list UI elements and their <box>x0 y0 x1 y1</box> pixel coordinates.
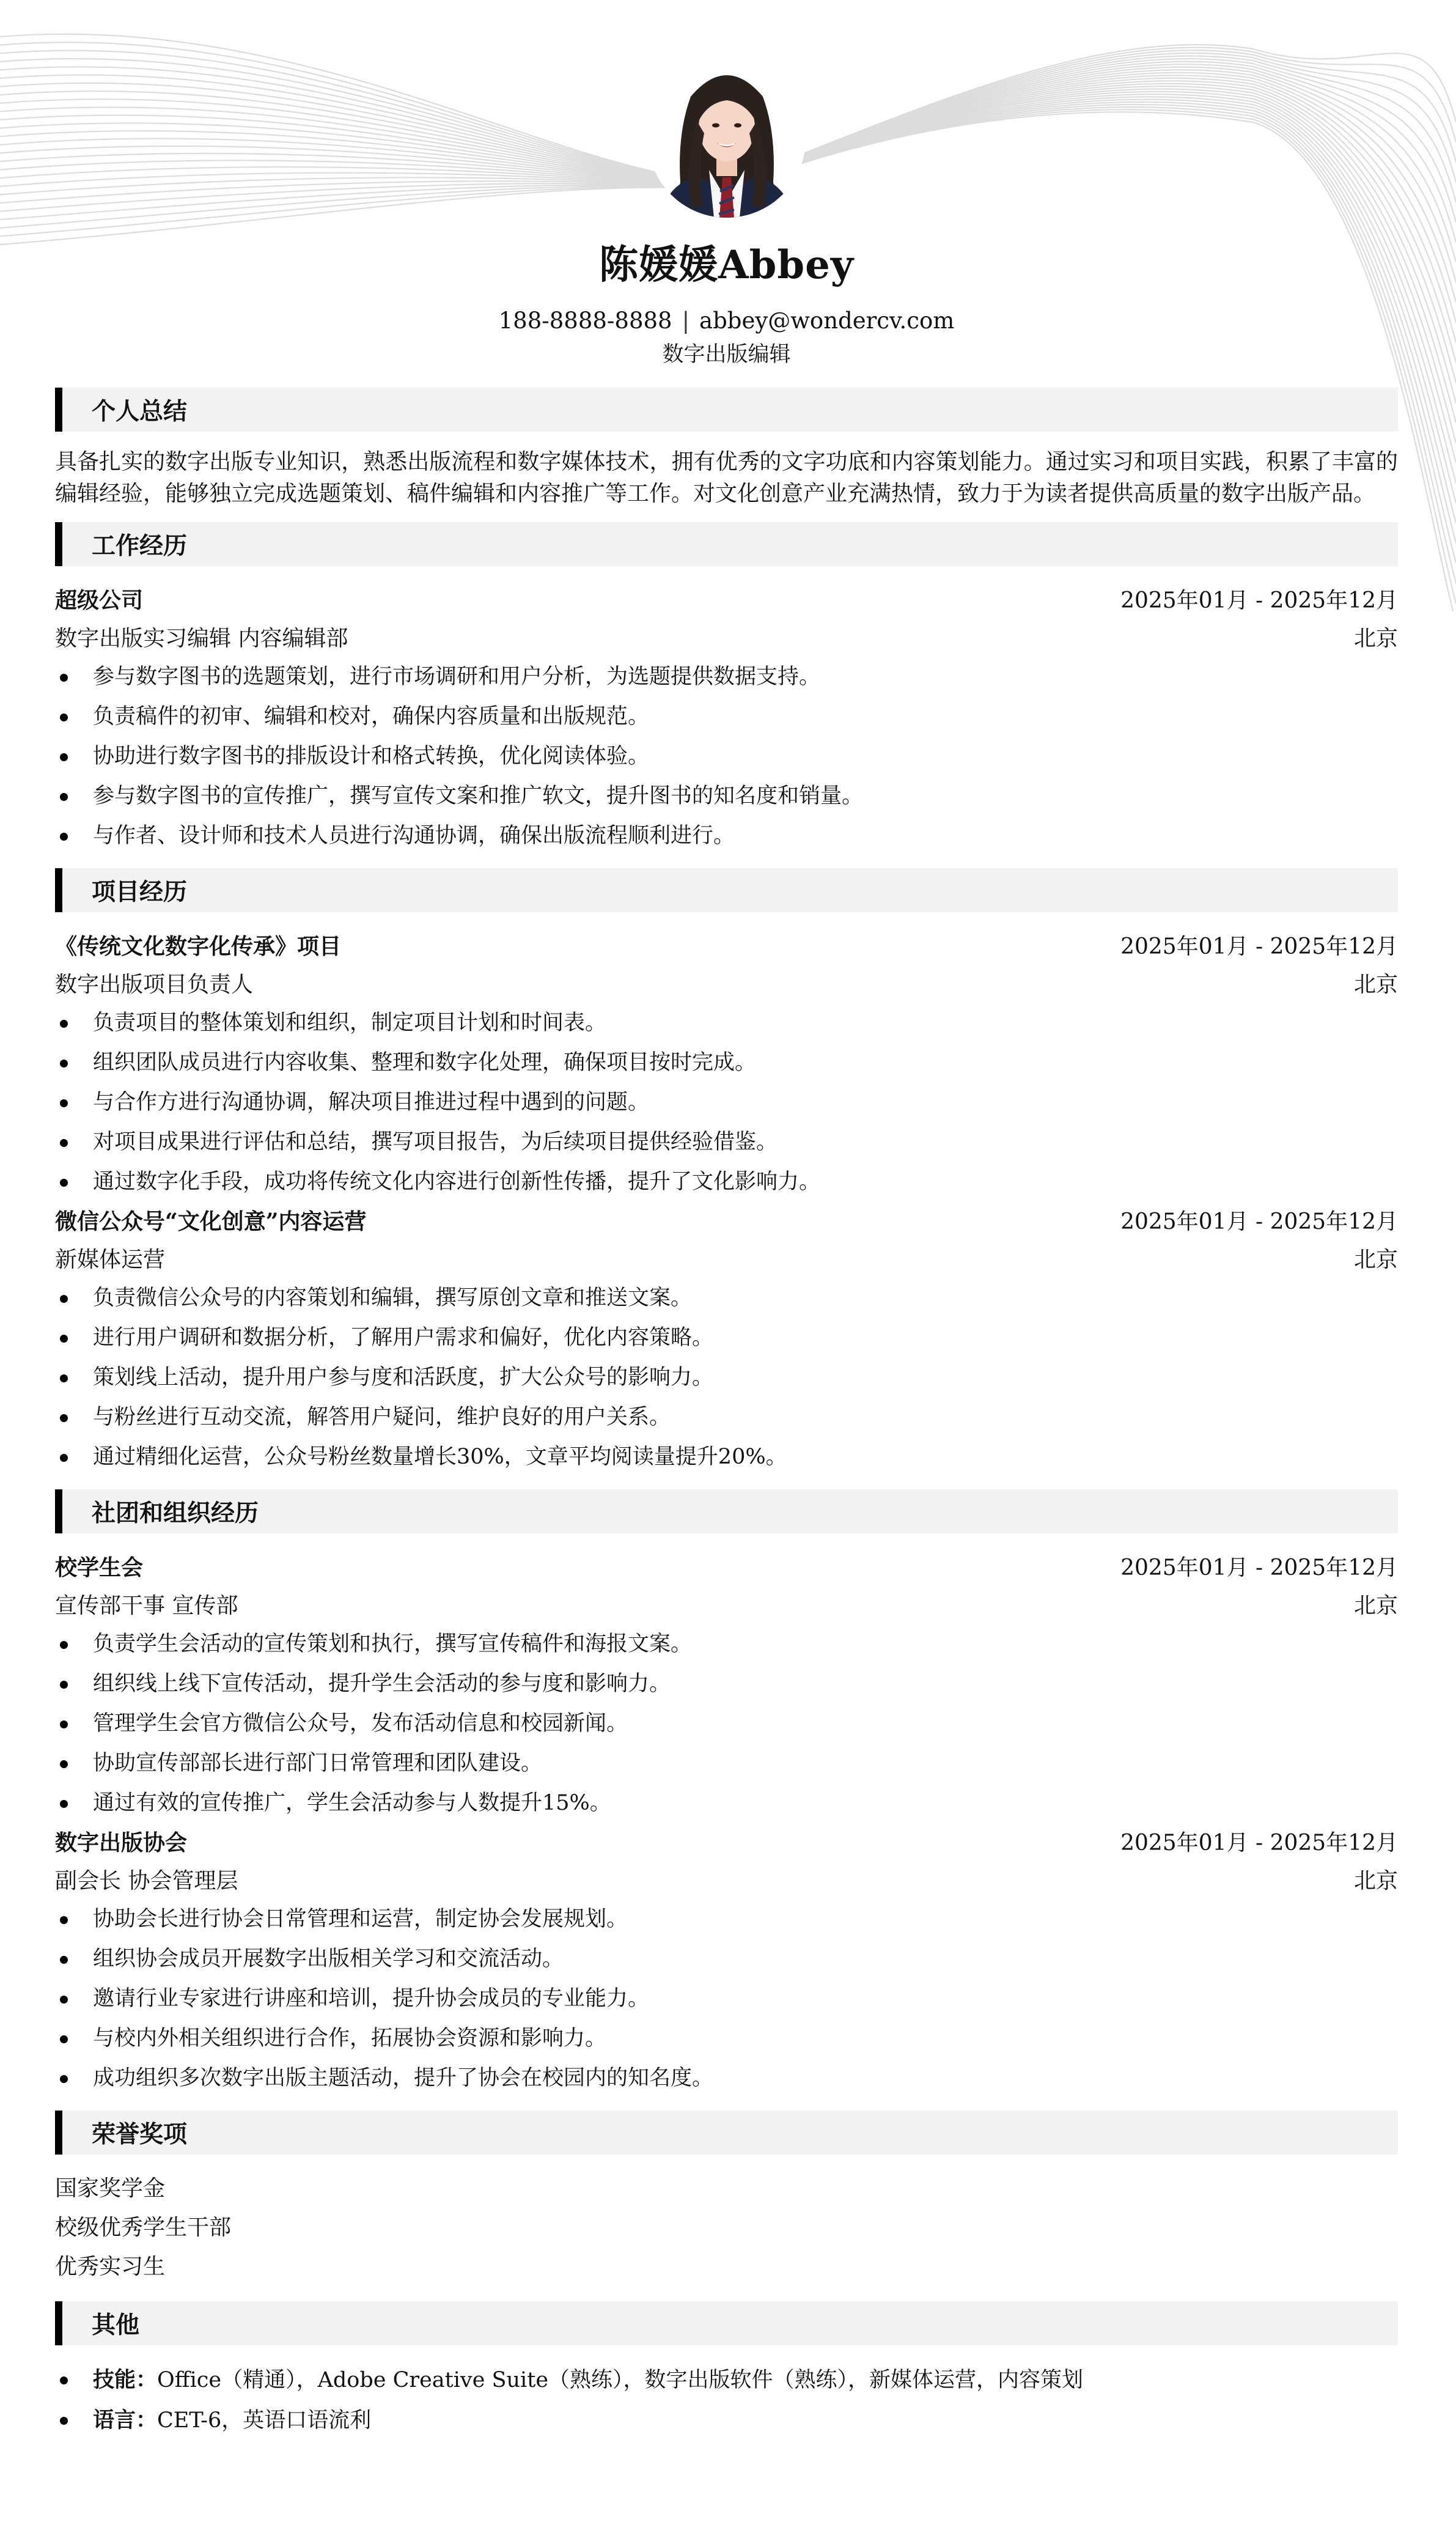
bullet-item: 协助会长进行协会日常管理和运营，制定协会发展规划。 <box>55 1900 1398 1939</box>
bullet-item: 协助进行数字图书的排版设计和格式转换，优化阅读体验。 <box>55 737 1398 776</box>
entry-title: 校学生会 <box>55 1548 143 1587</box>
section-heading-projects: 项目经历 <box>55 868 1398 912</box>
summary-text: 具备扎实的数字出版专业知识，熟悉出版流程和数字媒体技术，拥有优秀的文字功底和内容… <box>55 446 1398 510</box>
bullet-item: 策划线上活动，提升用户参与度和活跃度，扩大公众号的影响力。 <box>55 1358 1398 1398</box>
phone-number: 188-8888-8888 <box>499 306 672 336</box>
entry-date: 2025年01月 - 2025年12月 <box>1120 1824 1398 1863</box>
honor-item: 优秀实习生 <box>55 2247 1398 2287</box>
entry-location: 北京 <box>1354 1242 1398 1278</box>
others-list: 技能：Office（精通），Adobe Creative Suite（熟练），数… <box>55 2360 1398 2441</box>
bullet-item: 协助宣传部部长进行部门日常管理和团队建设。 <box>55 1744 1398 1783</box>
entry-role: 副会长 协会管理层 <box>55 1863 238 1900</box>
entry-bullets: 参与数字图书的选题策划，进行市场调研和用户分析，为选题提供数据支持。 负责稿件的… <box>55 657 1398 856</box>
bullet-item: 组织团队成员进行内容收集、整理和数字化处理，确保项目按时完成。 <box>55 1043 1398 1083</box>
bullet-item: 成功组织多次数字出版主题活动，提升了协会在校园内的知名度。 <box>55 2059 1398 2098</box>
skills-label: 技能： <box>93 2367 157 2392</box>
entry-date: 2025年01月 - 2025年12月 <box>1120 927 1398 967</box>
entry-bullets: 负责学生会活动的宣传策划和执行，撰写宣传稿件和海报文案。 组织线上线下宣传活动，… <box>55 1624 1398 1823</box>
bullet-item: 邀请行业专家进行讲座和培训，提升协会成员的专业能力。 <box>55 1979 1398 2019</box>
entry-bullets: 负责项目的整体策划和组织，制定项目计划和时间表。 组织团队成员进行内容收集、整理… <box>55 1003 1398 1202</box>
language-item: 语言：CET-6，英语口语流利 <box>55 2400 1398 2441</box>
honor-item: 校级优秀学生干部 <box>55 2208 1398 2247</box>
contact-separator: | <box>682 306 689 336</box>
project-entry: 《传统文化数字化传承》项目 2025年01月 - 2025年12月 数字出版项目… <box>55 927 1398 1202</box>
organizations-section: 社团和组织经历 校学生会 2025年01月 - 2025年12月 宣传部干事 宣… <box>55 1489 1398 2098</box>
entry-role: 宣传部干事 宣传部 <box>55 1588 238 1624</box>
resume-header: 陈媛媛Abbey 188-8888-8888 | abbey@wondercv.… <box>55 0 1398 371</box>
section-heading-others: 其他 <box>55 2301 1398 2345</box>
entry-title: 数字出版协会 <box>55 1823 187 1862</box>
entry-date: 2025年01月 - 2025年12月 <box>1120 1549 1398 1588</box>
resume-page: 陈媛媛Abbey 188-8888-8888 | abbey@wondercv.… <box>0 0 1456 2441</box>
bullet-item: 负责项目的整体策划和组织，制定项目计划和时间表。 <box>55 1003 1398 1043</box>
bullet-item: 通过数字化手段，成功将传统文化内容进行创新性传播，提升了文化影响力。 <box>55 1162 1398 1202</box>
bullet-item: 与校内外相关组织进行合作，拓展协会资源和影响力。 <box>55 2019 1398 2059</box>
contact-line: 188-8888-8888 | abbey@wondercv.com <box>55 306 1398 336</box>
job-title: 数字出版编辑 <box>55 339 1398 371</box>
project-entry: 微信公众号“文化创意”内容运营 2025年01月 - 2025年12月 新媒体运… <box>55 1202 1398 1477</box>
organization-entry: 数字出版协会 2025年01月 - 2025年12月 副会长 协会管理层 北京 … <box>55 1823 1398 2098</box>
bullet-item: 通过精细化运营，公众号粉丝数量增长30%，文章平均阅读量提升20%。 <box>55 1437 1398 1477</box>
profile-photo-icon <box>648 60 806 218</box>
others-section: 其他 技能：Office（精通），Adobe Creative Suite（熟练… <box>55 2301 1398 2441</box>
entry-location: 北京 <box>1354 967 1398 1003</box>
summary-section: 个人总结 具备扎实的数字出版专业知识，熟悉出版流程和数字媒体技术，拥有优秀的文字… <box>55 388 1398 510</box>
bullet-item: 负责学生会活动的宣传策划和执行，撰写宣传稿件和海报文案。 <box>55 1624 1398 1664</box>
avatar <box>648 60 806 218</box>
bullet-item: 组织协会成员开展数字出版相关学习和交流活动。 <box>55 1939 1398 1979</box>
entry-bullets: 协助会长进行协会日常管理和运营，制定协会发展规划。 组织协会成员开展数字出版相关… <box>55 1900 1398 2098</box>
entry-role: 新媒体运营 <box>55 1242 165 1278</box>
bullet-item: 参与数字图书的宣传推广，撰写宣传文案和推广软文，提升图书的知名度和销量。 <box>55 776 1398 816</box>
entry-role: 数字出版项目负责人 <box>55 967 253 1003</box>
email-address: abbey@wondercv.com <box>699 306 954 336</box>
bullet-item: 组织线上线下宣传活动，提升学生会活动的参与度和影响力。 <box>55 1664 1398 1704</box>
bullet-item: 负责稿件的初审、编辑和校对，确保内容质量和出版规范。 <box>55 697 1398 737</box>
bullet-item: 负责微信公众号的内容策划和编辑，撰写原创文章和推送文案。 <box>55 1278 1398 1318</box>
entry-location: 北京 <box>1354 621 1398 657</box>
section-heading-work: 工作经历 <box>55 522 1398 566</box>
bullet-item: 对项目成果进行评估和总结，撰写项目报告，为后续项目提供经验借鉴。 <box>55 1123 1398 1162</box>
bullet-item: 与合作方进行沟通协调，解决项目推进过程中遇到的问题。 <box>55 1083 1398 1123</box>
honor-item: 国家奖学金 <box>55 2169 1398 2208</box>
section-heading-honors: 荣誉奖项 <box>55 2111 1398 2155</box>
organization-entry: 校学生会 2025年01月 - 2025年12月 宣传部干事 宣传部 北京 负责… <box>55 1548 1398 1823</box>
bullet-item: 管理学生会官方微信公众号，发布活动信息和校园新闻。 <box>55 1704 1398 1744</box>
projects-section: 项目经历 《传统文化数字化传承》项目 2025年01月 - 2025年12月 数… <box>55 868 1398 1477</box>
skills-item: 技能：Office（精通），Adobe Creative Suite（熟练），数… <box>55 2360 1398 2400</box>
entry-bullets: 负责微信公众号的内容策划和编辑，撰写原创文章和推送文案。 进行用户调研和数据分析… <box>55 1278 1398 1477</box>
entry-date: 2025年01月 - 2025年12月 <box>1120 1203 1398 1242</box>
bullet-item: 通过有效的宣传推广，学生会活动参与人数提升15%。 <box>55 1783 1398 1823</box>
entry-company: 超级公司 <box>55 581 143 620</box>
candidate-name: 陈媛媛Abbey <box>55 241 1398 290</box>
entry-location: 北京 <box>1354 1863 1398 1900</box>
entry-title: 微信公众号“文化创意”内容运营 <box>55 1202 366 1241</box>
bullet-item: 进行用户调研和数据分析，了解用户需求和偏好，优化内容策略。 <box>55 1318 1398 1358</box>
language-value: CET-6，英语口语流利 <box>157 2408 371 2433</box>
work-entry: 超级公司 2025年01月 - 2025年12月 数字出版实习编辑 内容编辑部 … <box>55 581 1398 856</box>
language-label: 语言： <box>93 2408 157 2433</box>
section-heading-summary: 个人总结 <box>55 388 1398 432</box>
work-section: 工作经历 超级公司 2025年01月 - 2025年12月 数字出版实习编辑 内… <box>55 522 1398 856</box>
entry-role: 数字出版实习编辑 内容编辑部 <box>55 621 348 657</box>
honors-section: 荣誉奖项 国家奖学金 校级优秀学生干部 优秀实习生 <box>55 2111 1398 2287</box>
skills-value: Office（精通），Adobe Creative Suite（熟练），数字出版… <box>157 2368 1083 2392</box>
bullet-item: 参与数字图书的选题策划，进行市场调研和用户分析，为选题提供数据支持。 <box>55 657 1398 697</box>
bullet-item: 与作者、设计师和技术人员进行沟通协调，确保出版流程顺利进行。 <box>55 816 1398 856</box>
entry-title: 《传统文化数字化传承》项目 <box>55 927 341 966</box>
entry-date: 2025年01月 - 2025年12月 <box>1120 581 1398 621</box>
entry-location: 北京 <box>1354 1588 1398 1624</box>
section-heading-organizations: 社团和组织经历 <box>55 1489 1398 1533</box>
bullet-item: 与粉丝进行互动交流，解答用户疑问，维护良好的用户关系。 <box>55 1398 1398 1437</box>
